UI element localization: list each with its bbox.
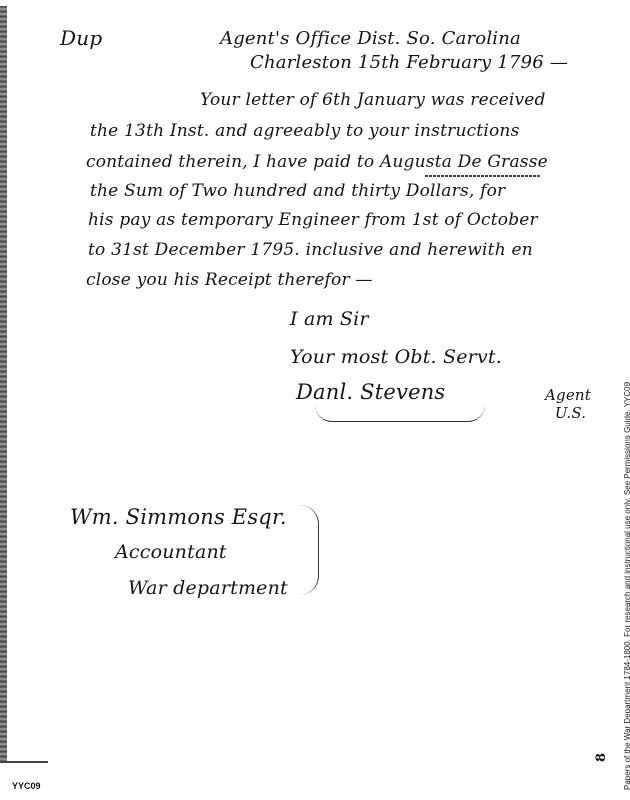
body-line: close you his Receipt therefor —: [86, 270, 373, 290]
page-number-mark: 8: [594, 753, 609, 762]
signature-title: Agent U.S.: [545, 386, 591, 422]
signature-flourish: [315, 405, 485, 422]
body-line: Your letter of 6th January was received: [200, 90, 546, 110]
addressee-title: Accountant: [115, 541, 227, 563]
closing-valediction: Your most Obt. Servt.: [290, 346, 502, 368]
scanned-page-edge: [0, 6, 7, 761]
signature-name: Danl. Stevens: [296, 380, 445, 404]
body-line: the Sum of Two hundred and thirty Dollar…: [90, 181, 505, 201]
header-place-date: Charleston 15th February 1796 —: [250, 52, 568, 73]
archive-footer-id: YYC09: [12, 781, 41, 791]
document-page: Dup Agent's Office Dist. So. Carolina Ch…: [0, 0, 630, 800]
body-line: the 13th Inst. and agreeably to your ins…: [90, 121, 520, 141]
addressee-department: War department: [128, 577, 288, 599]
address-brace-flourish: [300, 505, 319, 595]
body-line: to 31st December 1795. inclusive and her…: [88, 240, 533, 260]
marginal-note-dup: Dup: [60, 26, 102, 50]
archive-side-note: Papers of the War Department 1784-1800. …: [623, 382, 630, 790]
body-line: contained therein, I have paid to August…: [86, 152, 548, 172]
addressee-name: Wm. Simmons Esqr.: [70, 505, 287, 529]
header-office: Agent's Office Dist. So. Carolina: [220, 28, 521, 49]
body-line: his pay as temporary Engineer from 1st o…: [88, 210, 538, 230]
struck-through-mark: [425, 175, 540, 177]
closing-salutation: I am Sir: [290, 308, 369, 330]
